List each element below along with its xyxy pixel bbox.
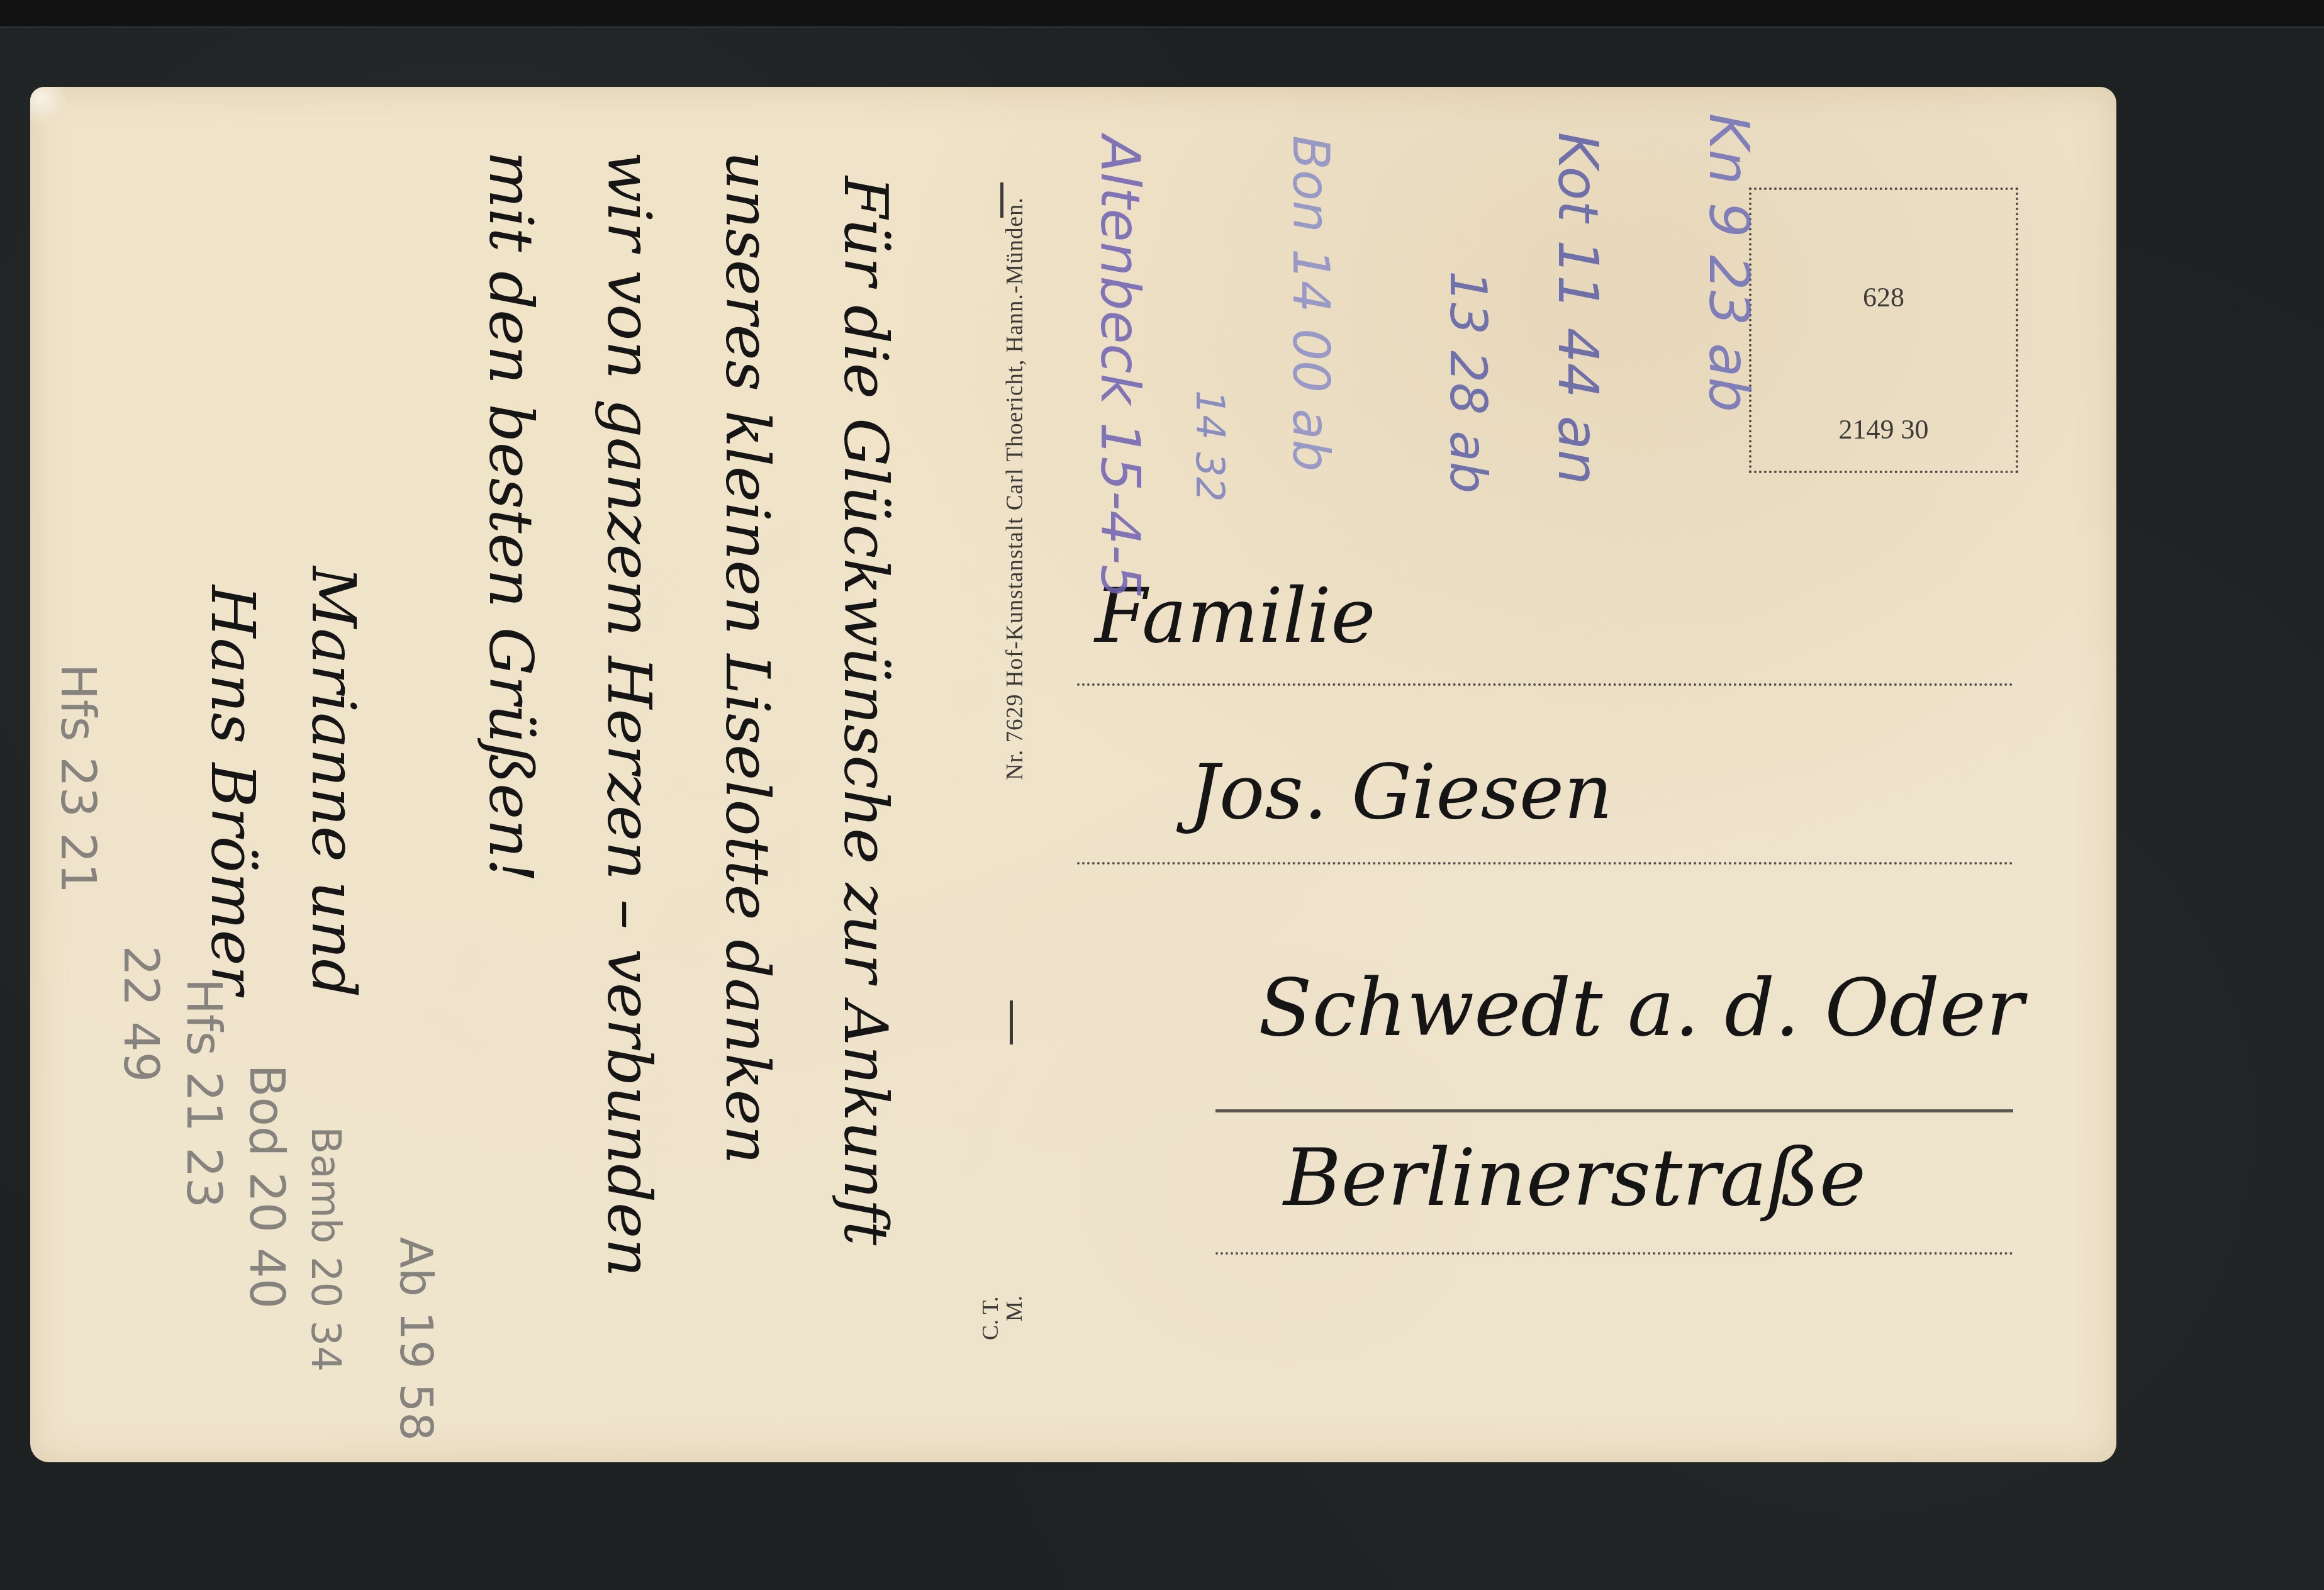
publisher-text: Hof-Kunstanstalt Carl Thoericht, Hann.-M… — [1002, 197, 1028, 687]
message-line: Für die Glückwünsche zur Ankunft — [807, 151, 925, 1277]
gray-pencil-text: 22 49 — [113, 945, 169, 1082]
signature-line: Hans Brömer — [182, 566, 283, 997]
gray-pencil-note: 22 49 — [113, 945, 169, 1082]
publisher-imprint: Nr. 7629 Hof-Kunstanstalt Carl Thoericht… — [1002, 197, 1029, 780]
gray-pencil-note: Ab 19 58 — [390, 1237, 443, 1441]
message-line: unseres kleinen Liselotte danken — [688, 151, 807, 1277]
gray-pencil-text: Bamb 20 34 — [302, 1126, 349, 1372]
stamp-box: 628 2149 30 — [1749, 188, 2018, 473]
maker-mark-line2: M. — [1002, 1296, 1026, 1340]
gray-pencil-text: Bod 20 40 — [239, 1064, 295, 1309]
address-line-3 — [1215, 1109, 2013, 1112]
blue-pencil-note: Bon 14 00 ab — [1282, 135, 1340, 471]
address-line-2 — [1077, 862, 2013, 865]
address-line-4 — [1215, 1252, 2013, 1255]
message-signature: Marianne und Hans Brömer — [182, 566, 384, 997]
address-line-1 — [1077, 683, 2013, 686]
album-top-strip — [0, 0, 2324, 26]
gray-pencil-text: Ab 19 58 — [390, 1237, 443, 1441]
stamp-box-bottom-number: 2149 30 — [1751, 413, 2016, 445]
blue-pencil-note: Altenbeck 15-4-5 — [1088, 135, 1151, 599]
maker-mark-line1: C. T. — [978, 1296, 1002, 1340]
blue-pencil-note: Kn 9 23 ab — [1697, 113, 1762, 412]
gray-pencil-note: Hfs 21 23 — [176, 978, 232, 1208]
gray-pencil-text: Hfs 23 21 — [50, 664, 106, 893]
corner-wear — [30, 87, 68, 125]
message-line: wir von ganzem Herzen – verbunden — [570, 151, 688, 1277]
signature-line: Marianne und — [283, 566, 384, 997]
message-line: mit den besten Grüßen! — [452, 151, 570, 1277]
gray-pencil-note: Bamb 20 34 — [302, 1126, 349, 1372]
handwritten-message: Für die Glückwünsche zur Ankunft unseres… — [452, 151, 925, 1277]
stamp-box-top-number: 628 — [1751, 281, 2016, 313]
printed-divider-mid — [1010, 1000, 1013, 1044]
address-city: Schwedt a. d. Oder — [1258, 963, 2024, 1054]
address-street: Berlinerstraße — [1283, 1133, 1866, 1224]
blue-pencil-note: 13 28 ab — [1439, 271, 1497, 493]
maker-mark: C. T. M. — [978, 1296, 1026, 1340]
blue-pencil-note: Kot 11 44 an — [1546, 132, 1611, 484]
address-recipient-name: Jos. Giesen — [1189, 749, 1612, 836]
gray-pencil-note: Hfs 23 21 — [50, 664, 106, 893]
gray-pencil-note: Bod 20 40 — [239, 1064, 295, 1309]
publisher-number: Nr. 7629 — [1002, 694, 1028, 781]
gray-pencil-text: Hfs 21 23 — [176, 978, 232, 1208]
blue-pencil-note: 14 32 — [1187, 390, 1233, 502]
